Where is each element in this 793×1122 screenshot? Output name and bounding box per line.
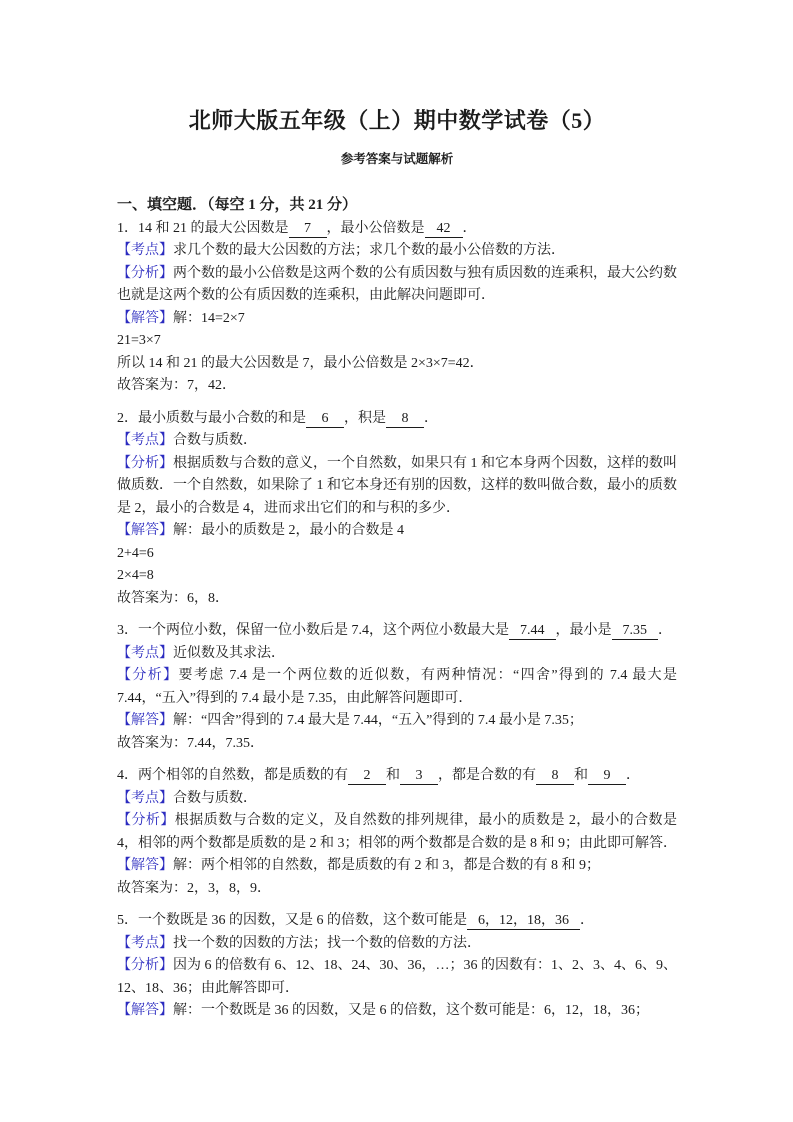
fenxi-line: 【分析】根据质数与合数的定义，及自然数的排列规律，最小的质数是 2，最小的合数是… bbox=[117, 810, 677, 855]
question-stem: 3．一个两位小数，保留一位小数后是 7.4，这个两位小数最大是7.44，最小是7… bbox=[117, 620, 677, 643]
jieda-line: 【解答】解：14=2×7 bbox=[117, 308, 677, 331]
question-stem: 5．一个数既是 36 的因数，又是 6 的倍数，这个数可能是6，12，18，36… bbox=[117, 910, 677, 933]
jieda-label: 【解答】 bbox=[117, 523, 173, 538]
question-5: 5．一个数既是 36 的因数，又是 6 的倍数，这个数可能是6，12，18，36… bbox=[117, 910, 677, 1023]
answer-blank: 6 bbox=[306, 410, 344, 428]
fenxi-label: 【分析】 bbox=[117, 266, 173, 281]
solution-line: 故答案为：7.44，7.35． bbox=[117, 733, 677, 756]
fenxi-line: 【分析】要考虑 7.4 是一个两位数的近似数，有两种情况：“四舍”得到的 7.4… bbox=[117, 665, 677, 710]
jieda-line: 【解答】解：“四舍”得到的 7.4 最大是 7.44，“五入”得到的 7.4 最… bbox=[117, 710, 677, 733]
question-3: 3．一个两位小数，保留一位小数后是 7.4，这个两位小数最大是7.44，最小是7… bbox=[117, 620, 677, 755]
fenxi-label: 【分析】 bbox=[117, 456, 173, 471]
answer-blank: 8 bbox=[386, 410, 424, 428]
question-4: 4．两个相邻的自然数，都是质数的有2和3，都是合数的有8和9．【考点】合数与质数… bbox=[117, 765, 677, 900]
answer-blank: 6，12，18，36 bbox=[467, 912, 580, 930]
kaodian-label: 【考点】 bbox=[117, 791, 173, 806]
solution-line: 故答案为：7，42． bbox=[117, 375, 677, 398]
jieda-line: 【解答】解：一个数既是 36 的因数，又是 6 的倍数，这个数可能是：6，12，… bbox=[117, 1000, 677, 1023]
answer-blank: 7.35 bbox=[612, 622, 659, 640]
kaodian-line: 【考点】求几个数的最大公因数的方法；求几个数的最小公倍数的方法． bbox=[117, 240, 677, 263]
kaodian-line: 【考点】找一个数的因数的方法；找一个数的倍数的方法． bbox=[117, 933, 677, 956]
fenxi-label: 【分析】 bbox=[117, 668, 178, 683]
kaodian-label: 【考点】 bbox=[117, 936, 173, 951]
jieda-line: 【解答】解：最小的质数是 2，最小的合数是 4 bbox=[117, 520, 677, 543]
page-title: 北师大版五年级（上）期中数学试卷（5） bbox=[117, 104, 677, 135]
question-stem: 2．最小质数与最小合数的和是6，积是8． bbox=[117, 408, 677, 431]
answer-blank: 8 bbox=[536, 767, 574, 785]
jieda-label: 【解答】 bbox=[117, 1003, 173, 1018]
fenxi-line: 【分析】因为 6 的倍数有 6、12、18、24、30、36，…；36 的因数有… bbox=[117, 955, 677, 1000]
solution-line: 故答案为：6，8． bbox=[117, 588, 677, 611]
section-header: 一、填空题．（每空 1 分，共 21 分） bbox=[117, 194, 677, 217]
kaodian-label: 【考点】 bbox=[117, 433, 173, 448]
kaodian-label: 【考点】 bbox=[117, 243, 173, 258]
answer-blank: 7.44 bbox=[509, 622, 556, 640]
solution-line: 2+4=6 bbox=[117, 543, 677, 566]
question-stem: 4．两个相邻的自然数，都是质数的有2和3，都是合数的有8和9． bbox=[117, 765, 677, 788]
solution-line: 所以 14 和 21 的最大公因数是 7，最小公倍数是 2×3×7=42． bbox=[117, 353, 677, 376]
answer-blank: 7 bbox=[289, 220, 327, 238]
questions-list: 1．14 和 21 的最大公因数是7，最小公倍数是42．【考点】求几个数的最大公… bbox=[117, 218, 677, 1023]
jieda-label: 【解答】 bbox=[117, 858, 173, 873]
question-stem: 1．14 和 21 的最大公因数是7，最小公倍数是42． bbox=[117, 218, 677, 241]
jieda-label: 【解答】 bbox=[117, 311, 173, 326]
question-2: 2．最小质数与最小合数的和是6，积是8．【考点】合数与质数．【分析】根据质数与合… bbox=[117, 408, 677, 611]
solution-line: 21=3×7 bbox=[117, 330, 677, 353]
page-subtitle: 参考答案与试题解析 bbox=[117, 149, 677, 167]
jieda-label: 【解答】 bbox=[117, 713, 173, 728]
answer-blank: 2 bbox=[348, 767, 386, 785]
kaodian-line: 【考点】合数与质数． bbox=[117, 788, 677, 811]
solution-line: 2×4=8 bbox=[117, 565, 677, 588]
answer-blank: 3 bbox=[400, 767, 438, 785]
fenxi-line: 【分析】两个数的最小公倍数是这两个数的公有质因数与独有质因数的连乘积，最大公约数… bbox=[117, 263, 677, 308]
fenxi-line: 【分析】根据质数与合数的意义，一个自然数，如果只有 1 和它本身两个因数，这样的… bbox=[117, 453, 677, 521]
solution-line: 故答案为：2，3，8，9． bbox=[117, 878, 677, 901]
answer-blank: 42 bbox=[425, 220, 463, 238]
kaodian-label: 【考点】 bbox=[117, 646, 173, 661]
kaodian-line: 【考点】合数与质数． bbox=[117, 430, 677, 453]
question-1: 1．14 和 21 的最大公因数是7，最小公倍数是42．【考点】求几个数的最大公… bbox=[117, 218, 677, 398]
fenxi-label: 【分析】 bbox=[117, 958, 173, 973]
document-page: 北师大版五年级（上）期中数学试卷（5） 参考答案与试题解析 一、填空题．（每空 … bbox=[0, 0, 793, 1122]
answer-blank: 9 bbox=[588, 767, 626, 785]
jieda-line: 【解答】解：两个相邻的自然数，都是质数的有 2 和 3，都是合数的有 8 和 9… bbox=[117, 855, 677, 878]
kaodian-line: 【考点】近似数及其求法． bbox=[117, 643, 677, 666]
fenxi-label: 【分析】 bbox=[117, 813, 175, 828]
